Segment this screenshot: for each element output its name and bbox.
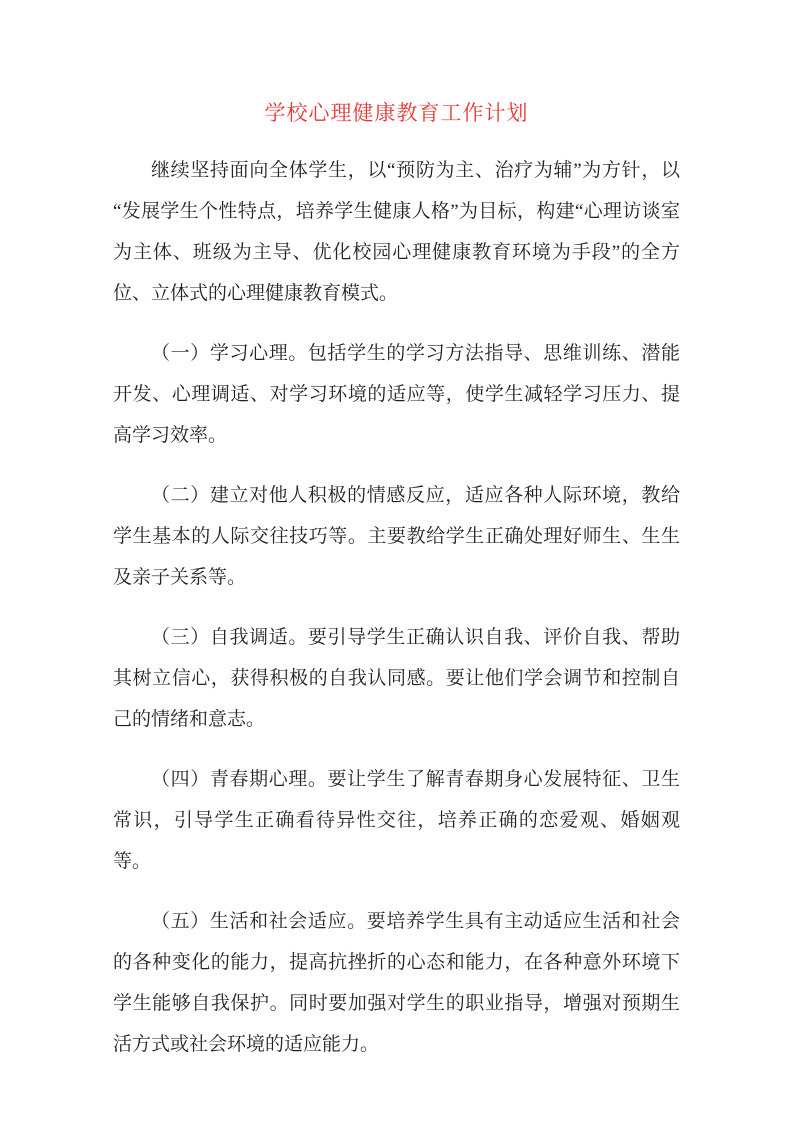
paragraph-item-1: （一）学习心理。包括学生的学习方法指导、思维训练、潜能开发、心理调适、对学习环境… [113,333,680,456]
paragraph-intro: 继续坚持面向全体学生，以“预防为主、治疗为辅”为方针，以“发展学生个性特点，培养… [113,150,680,314]
paragraph-item-3: （三）自我调适。要引导学生正确认识自我、评价自我、帮助其树立信心，获得积极的自我… [113,617,680,740]
document-body: 继续坚持面向全体学生，以“预防为主、治疗为辅”为方针，以“发展学生个性特点，培养… [113,150,680,1065]
document-title: 学校心理健康教育工作计划 [113,99,680,127]
paragraph-item-4: （四）青春期心理。要让学生了解青春期身心发展特征、卫生常识，引导学生正确看待异性… [113,759,680,882]
paragraph-item-2: （二）建立对他人积极的情感反应，适应各种人际环境，教给学生基本的人际交往技巧等。… [113,475,680,598]
document-page: 学校心理健康教育工作计划 继续坚持面向全体学生，以“预防为主、治疗为辅”为方针，… [0,0,793,1122]
paragraph-item-5: （五）生活和社会适应。要培养学生具有主动适应生活和社会的各种变化的能力，提高抗挫… [113,901,680,1065]
